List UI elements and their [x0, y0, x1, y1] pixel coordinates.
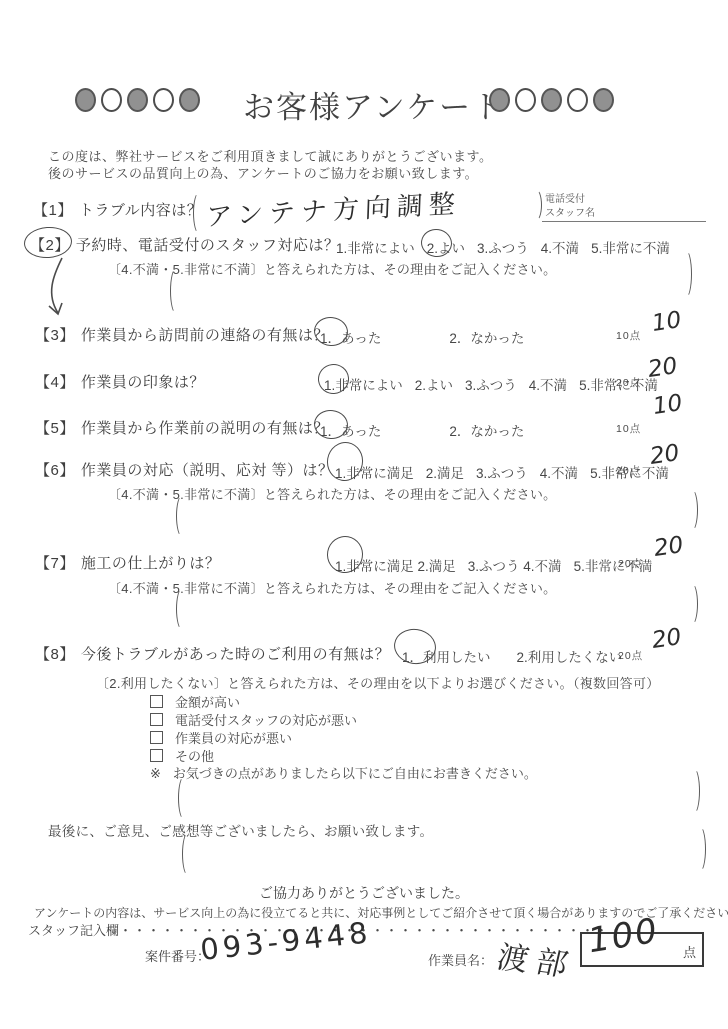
- q3-label: 作業員から訪問前の連絡の有無は？: [81, 327, 329, 344]
- final-comment-close-paren: [694, 826, 706, 872]
- decor-circle-icon: [127, 88, 148, 112]
- q6-number: 【6】: [35, 462, 75, 479]
- decor-circle-icon: [153, 88, 174, 112]
- q2-option-3: 3.ふつう: [477, 237, 529, 257]
- q7-options: 1.非常に満足 2.満足 3.ふつう 4.不満 5.非常に不満: [335, 555, 652, 575]
- q3-handwritten-score: 10: [650, 307, 683, 337]
- q4-score-label: 20点: [616, 375, 641, 390]
- q1-handwritten-answer: アンテナ方向調整: [206, 183, 462, 233]
- checkbox-icon: [150, 713, 163, 726]
- q7-reason-area-close-paren: [686, 583, 698, 625]
- phone-staff-bracket-icon: [530, 189, 542, 221]
- decor-circle-icon: [567, 88, 588, 112]
- checkbox-label: 電話受付スタッフの対応が悪い: [175, 713, 357, 728]
- q3-score-label: 10点: [616, 328, 641, 343]
- q2-row: 【2】予約時、電話受付のスタッフ対応は？: [30, 234, 339, 255]
- q8-free-note-row: ※お気づきの点がありましたら以下にご自由にお書きください。: [150, 763, 537, 782]
- checkbox-icon: [150, 749, 163, 762]
- q7-reason-note: 〔4.不満・5.非常に不満〕と答えられた方は、その理由をご記入ください。: [108, 578, 556, 597]
- q4-option-4: 4.不満: [529, 374, 567, 394]
- q1-answer-paren-icon: [193, 192, 205, 234]
- q8-free-area-close-paren: [688, 768, 700, 814]
- decor-circles-right: [489, 88, 619, 117]
- q5-handwritten-score: 10: [651, 390, 684, 420]
- q7-number: 【7】: [35, 555, 75, 572]
- q8-score-label: 20点: [618, 648, 643, 663]
- q6-reason-note: 〔4.不満・5.非常に不満〕と答えられた方は、その理由をご記入ください。: [108, 484, 556, 503]
- q4-options: 1.非常によい 2.よい 3.ふつう 4.不満 5.非常に不満: [324, 374, 658, 394]
- q1-number: 【1】: [33, 202, 73, 219]
- worker-name-label: 作業員名：: [428, 950, 493, 969]
- q7-row: 【7】施工の仕上がりは？: [35, 552, 220, 573]
- q7-label: 施工の仕上がりは？: [81, 555, 221, 572]
- final-comment-open-paren: [182, 832, 194, 876]
- decor-circle-icon: [593, 88, 614, 112]
- q6-reason-area-close-paren: [686, 489, 698, 531]
- q8-checkbox-row-1: 金額が高い: [150, 692, 240, 711]
- thanks-line: ご協力ありがとうございました。: [0, 883, 728, 903]
- q5-score-label: 10点: [616, 421, 641, 436]
- q8-option-2: 2.利用したくない: [517, 646, 623, 666]
- q2-reason-area-open-paren: [170, 268, 182, 314]
- q5-row: 【5】作業員から作業前の説明の有無は？: [35, 417, 329, 438]
- intro-line-2: 後のサービスの品質向上の為、アンケートのご協力をお願い致します。: [48, 163, 478, 182]
- checkbox-label: 作業員の対応が悪い: [175, 731, 292, 746]
- q8-row: 【8】今後トラブルがあった時のご利用の有無は？: [35, 643, 390, 664]
- q5-label: 作業員から作業前の説明の有無は？: [81, 420, 329, 437]
- worker-name-handwritten: 渡部: [493, 932, 581, 986]
- dotted-leader: ・・・・・・・・・・・・・・・・・・・・・・・・・・・・・・・・・・・・・: [119, 923, 637, 938]
- q7-option-2: 3.ふつう 4.不満: [468, 555, 562, 575]
- q6-label: 作業員の対応（説明、応対 等）は？: [81, 462, 334, 479]
- q5-number: 【5】: [35, 420, 75, 437]
- q2-options: 1.非常によい 2.よい 3.ふつう 4.不満 5.非常に不満: [336, 237, 670, 257]
- q3-row: 【3】作業員から訪問前の連絡の有無は？: [35, 324, 329, 345]
- checkbox-label: その他: [175, 749, 214, 764]
- checkbox-icon: [150, 731, 163, 744]
- total-score-unit: 点: [683, 942, 696, 961]
- decor-circle-icon: [541, 88, 562, 112]
- q6-handwritten-score: 20: [648, 440, 681, 470]
- q2-option-5: 5.非常に不満: [591, 237, 670, 257]
- staff-entry-label: スタッフ記入欄: [28, 923, 119, 938]
- final-comment-prompt: 最後に、ご意見、ご感想等ございましたら、お願い致します。: [48, 820, 433, 840]
- q2-label: 予約時、電話受付のスタッフ対応は？: [76, 237, 340, 254]
- q6-option-2: 2.満足: [426, 462, 464, 482]
- q7-score-label: 20点: [618, 556, 643, 571]
- phone-staff-label-1: 電話受付: [545, 193, 585, 206]
- q2-option-4: 4.不満: [541, 237, 579, 257]
- q6-score-label: 20点: [616, 463, 641, 478]
- handwritten-arrow-icon: [38, 256, 74, 320]
- q8-label: 今後トラブルがあった時のご利用の有無は？: [81, 646, 390, 663]
- scanned-survey-page: お客様アンケート この度は、弊社サービスをご利用頂きまして誠にありがとうございま…: [0, 0, 728, 1029]
- q2-reason-area-close-paren: [680, 250, 692, 298]
- q5-option-2: 2．なかった: [449, 420, 524, 440]
- decor-circle-icon: [75, 88, 96, 112]
- decor-circle-icon: [489, 88, 510, 112]
- checkbox-label: 金額が高い: [175, 695, 240, 710]
- q8-checkbox-row-3: 作業員の対応が悪い: [150, 728, 292, 747]
- q3-number: 【3】: [35, 327, 75, 344]
- q4-option-3: 3.ふつう: [465, 374, 517, 394]
- phone-staff-name-field: [542, 221, 706, 222]
- decor-circle-icon: [101, 88, 122, 112]
- q8-number: 【8】: [35, 646, 75, 663]
- q4-label: 作業員の印象は？: [81, 374, 205, 391]
- q7-reason-area-open-paren: [176, 588, 188, 630]
- page-title: お客様アンケート: [243, 82, 505, 127]
- phone-staff-label-2: スタッフ名: [545, 207, 595, 220]
- decor-circle-icon: [179, 88, 200, 112]
- q4-row: 【4】作業員の印象は？: [35, 371, 205, 392]
- q5-options: 1．あった 2．なかった: [320, 420, 524, 440]
- asterisk-mark: ※: [150, 766, 161, 781]
- q8-handwritten-score: 20: [650, 624, 683, 654]
- q6-option-3: 3.ふつう: [476, 462, 528, 482]
- q4-number: 【4】: [35, 374, 75, 391]
- q8-free-note: お気づきの点がありましたら以下にご自由にお書きください。: [173, 766, 537, 781]
- q2-option-1: 1.非常によい: [336, 237, 415, 257]
- q6-reason-area-open-paren: [176, 495, 188, 537]
- q3-options: 1．あった 2．なかった: [320, 327, 524, 347]
- q6-option-4: 4.不満: [540, 462, 578, 482]
- decor-circle-icon: [515, 88, 536, 112]
- q7-handwritten-score: 20: [652, 532, 685, 562]
- q8-sub-note: 〔2.利用したくない〕と答えられた方は、その理由を以下よりお選びください。（複数…: [96, 673, 660, 692]
- q3-option-2: 2．なかった: [449, 327, 524, 347]
- q6-row: 【6】作業員の対応（説明、応対 等）は？: [35, 459, 334, 480]
- checkbox-icon: [150, 695, 163, 708]
- q4-handwritten-score: 20: [646, 353, 679, 383]
- q8-checkbox-row-2: 電話受付スタッフの対応が悪い: [150, 710, 357, 729]
- decor-circles-left: [75, 88, 205, 117]
- q4-option-2: 2.よい: [415, 374, 453, 394]
- q1-row: 【1】トラブル内容は？: [33, 199, 202, 220]
- q8-free-area-open-paren: [178, 776, 190, 820]
- q1-label: トラブル内容は？: [79, 202, 202, 219]
